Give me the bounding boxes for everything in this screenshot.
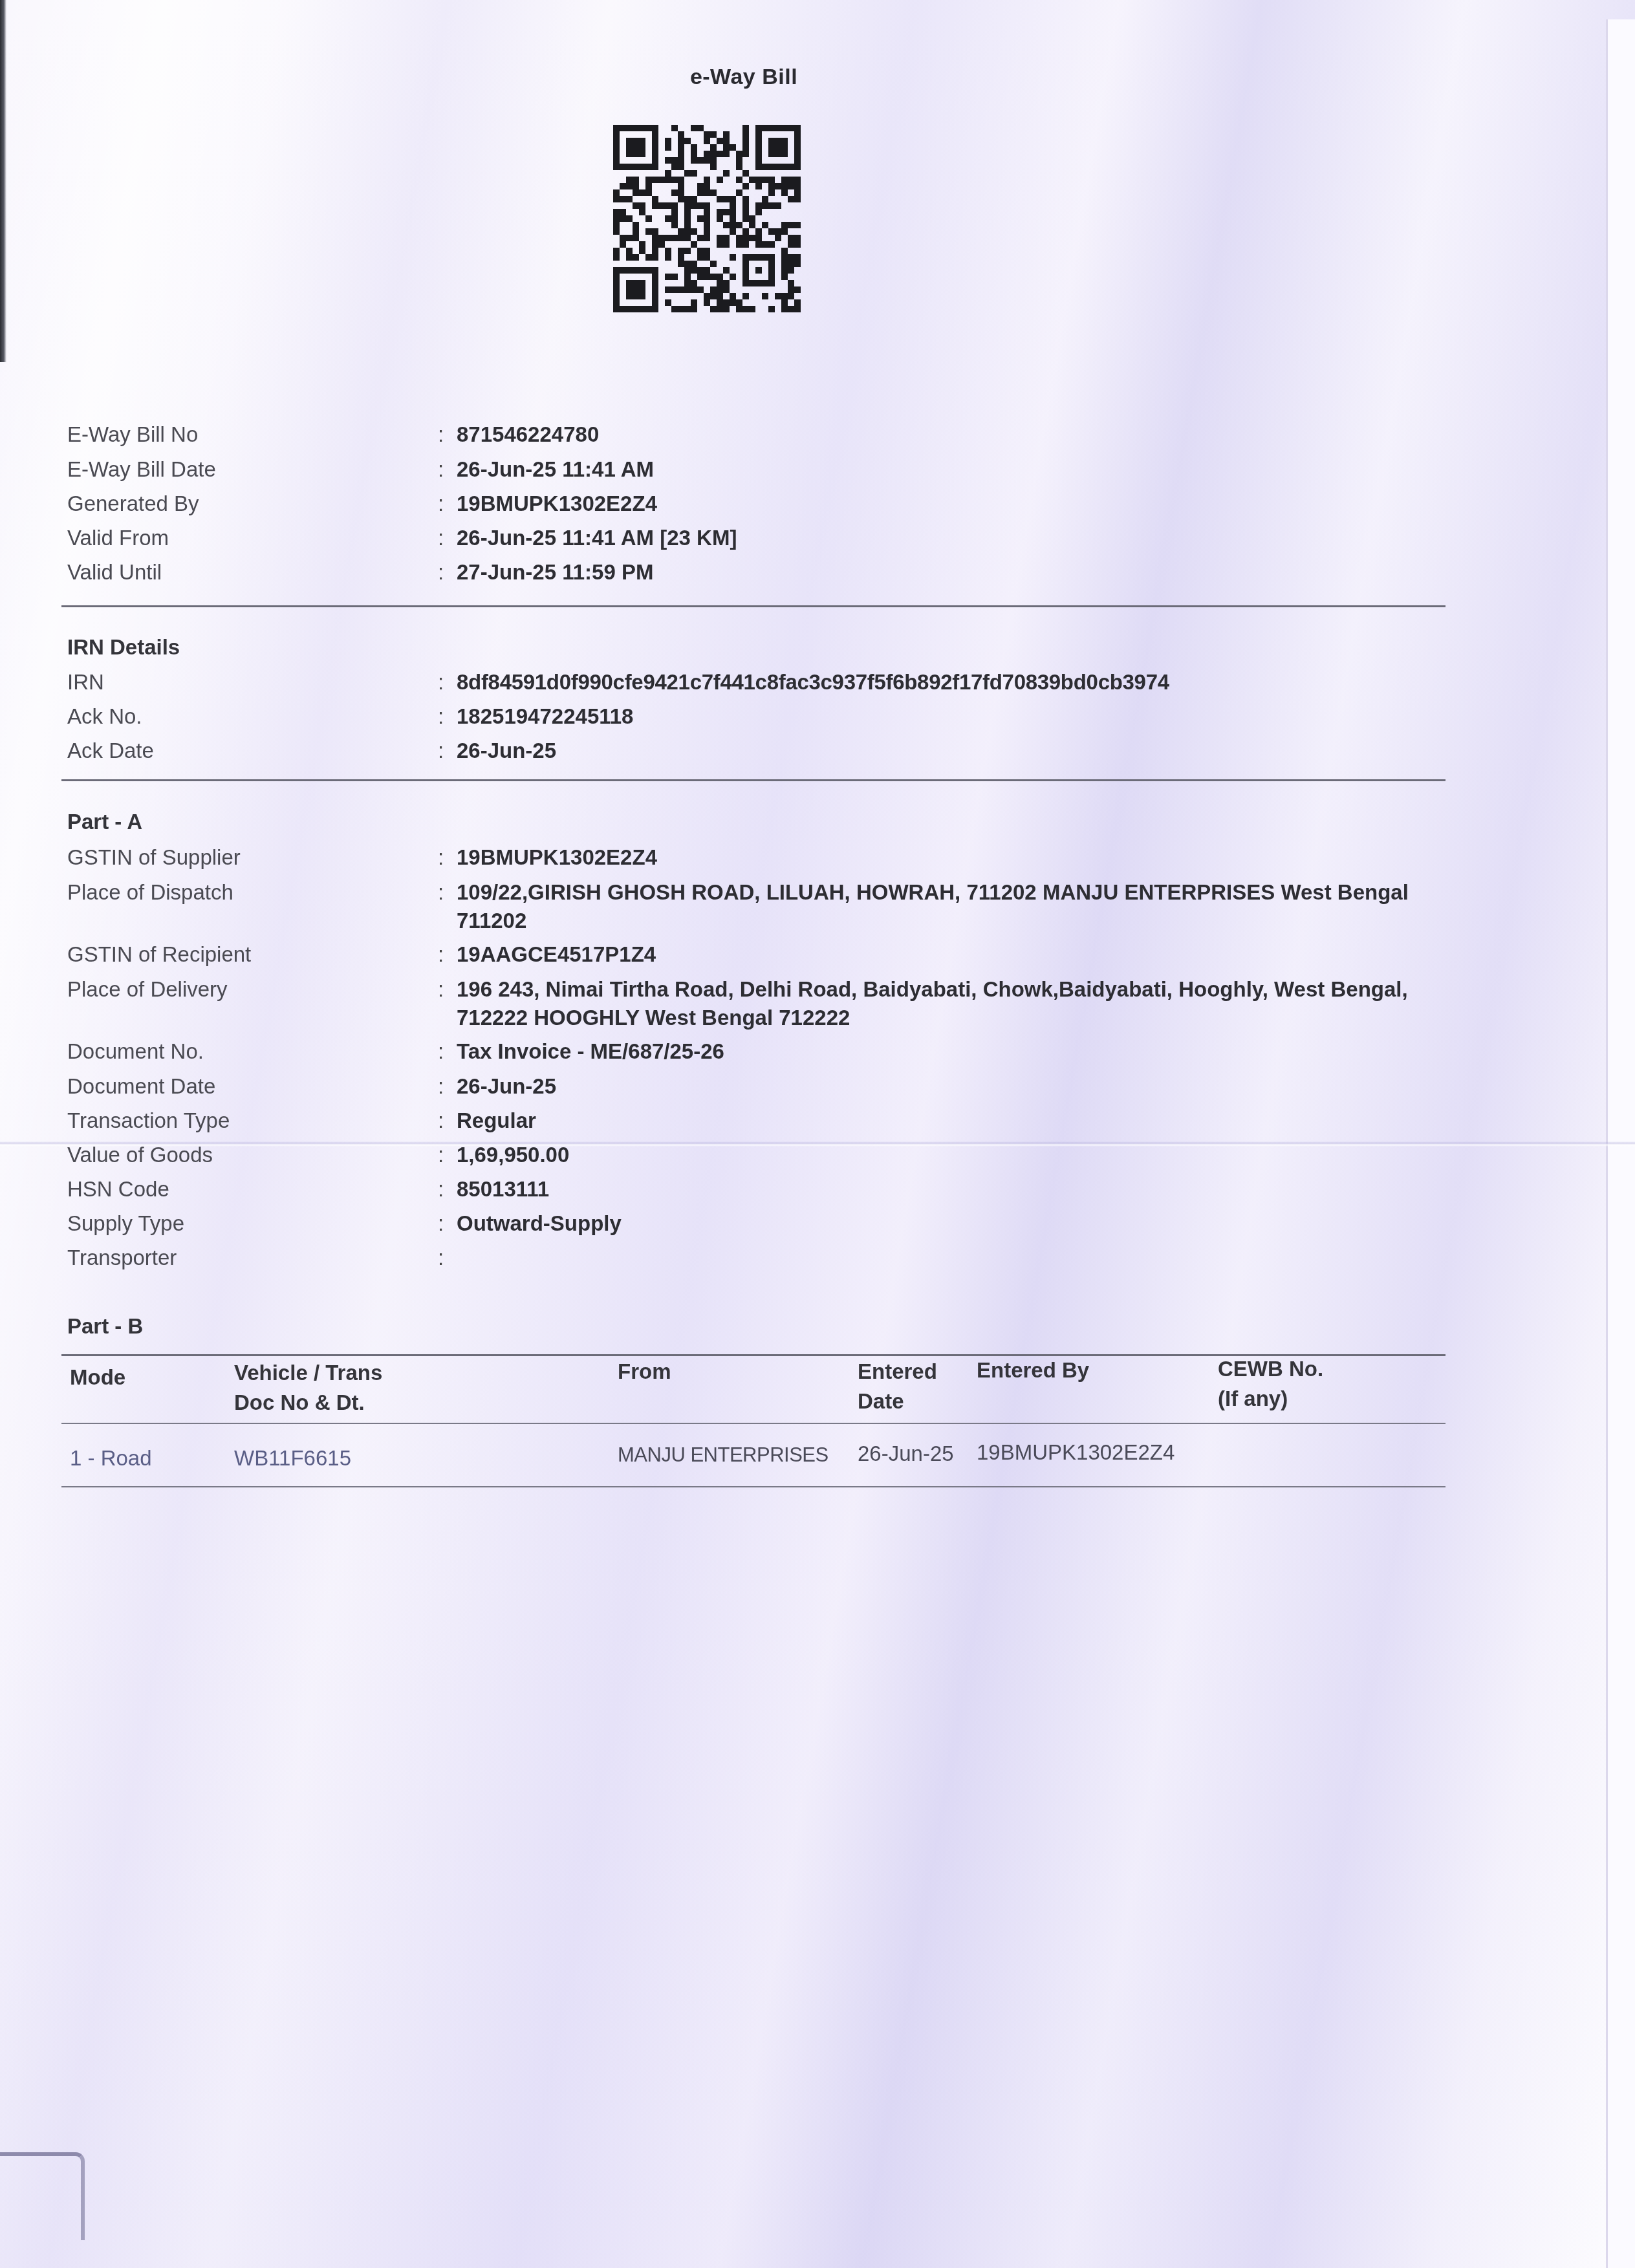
paper-corner-fold [0,2152,85,2240]
field-label: Transaction Type [67,1108,230,1134]
table-header-rule [61,1423,1446,1424]
field-label: Ack No. [67,704,142,729]
ack-date-row: Ack Date : 26-Jun-25 [0,738,1488,770]
column-header-mode: Mode [70,1363,125,1392]
field-value: Regular [457,1105,1427,1136]
part-b-heading: Part - B [67,1314,143,1339]
field-value: 19BMUPK1302E2Z4 [457,488,1427,519]
field-label: IRN [67,669,104,695]
cell-entered-date: 26-Jun-25 [858,1441,954,1467]
separator: : [438,942,444,967]
field-label: Supply Type [67,1211,184,1237]
part-a-heading: Part - A [67,810,142,834]
summary-row-valid-until: Valid Until : 27-Jun-25 11:59 PM [0,559,1488,592]
place-of-delivery-row: Place of Delivery : 196 243, Nimai Tirth… [0,977,1488,1041]
column-header-line: (If any) [1218,1384,1323,1414]
supply-type-row: Supply Type : Outward-Supply [0,1211,1488,1243]
cell-mode: 1 - Road [70,1445,152,1471]
separator: : [438,738,444,764]
field-value: 8df84591d0f990cfe9421c7f441c8fac3c937f5f… [457,667,1427,698]
field-value: 1,69,950.00 [457,1139,1427,1171]
section-divider [61,779,1446,781]
field-value: 196 243, Nimai Tirtha Road, Delhi Road, … [457,975,1427,1032]
field-value: 85013111 [457,1174,1427,1205]
field-value: 109/22,GIRISH GHOSH ROAD, LILUAH, HOWRAH… [457,878,1427,935]
separator: : [438,1039,444,1064]
document-title: e-Way Bill [0,65,1488,90]
column-header-vehicle: Vehicle / Trans Doc No & Dt. [234,1358,382,1418]
field-value: Tax Invoice - ME/687/25-26 [457,1036,1427,1067]
column-header-cewb-no: CEWB No. (If any) [1218,1354,1323,1414]
separator: : [438,1211,444,1237]
separator: : [438,1108,444,1134]
separator: : [438,704,444,729]
separator: : [438,525,444,551]
value-of-goods-row: Value of Goods : 1,69,950.00 [0,1142,1488,1174]
column-header-line: From [618,1357,671,1387]
separator: : [438,1074,444,1099]
separator: : [438,880,444,905]
table-bottom-rule [61,1486,1446,1487]
separator: : [438,977,444,1002]
field-value: 26-Jun-25 11:41 AM [23 KM] [457,523,1427,554]
ack-no-row: Ack No. : 182519472245118 [0,704,1488,736]
gstin-recipient-row: GSTIN of Recipient : 19AAGCE4517P1Z4 [0,942,1488,974]
separator: : [438,669,444,695]
cell-vehicle: WB11F6615 [234,1445,351,1471]
gstin-supplier-row: GSTIN of Supplier : 19BMUPK1302E2Z4 [0,845,1488,877]
field-value: 27-Jun-25 11:59 PM [457,557,1427,588]
field-value: 182519472245118 [457,701,1427,732]
field-label: Ack Date [67,738,154,764]
qr-code-icon [613,125,801,312]
field-label: Generated By [67,491,199,517]
column-header-line: Mode [70,1363,125,1392]
column-header-entered-date: Entered Date [858,1357,937,1416]
column-header-line: Vehicle / Trans [234,1358,382,1388]
field-label: GSTIN of Recipient [67,942,251,967]
document-date-row: Document Date : 26-Jun-25 [0,1074,1488,1106]
separator: : [438,422,444,448]
column-header-line: Entered By [977,1355,1089,1385]
field-value: 19BMUPK1302E2Z4 [457,842,1427,873]
field-value: 871546224780 [457,419,1427,450]
separator: : [438,1176,444,1202]
field-label: Document No. [67,1039,204,1064]
summary-row-eway-bill-no: E-Way Bill No : 871546224780 [0,422,1488,454]
cell-from: MANJU ENTERPRISES [618,1442,828,1468]
column-header-line: Date [858,1387,937,1416]
field-label: Transporter [67,1245,177,1271]
field-label: Valid From [67,525,169,551]
separator: : [438,491,444,517]
summary-row-generated-by: Generated By : 19BMUPK1302E2Z4 [0,491,1488,523]
field-label: Document Date [67,1074,215,1099]
place-of-dispatch-row: Place of Dispatch : 109/22,GIRISH GHOSH … [0,880,1488,944]
transporter-row: Transporter : [0,1245,1488,1277]
column-header-line: Doc No & Dt. [234,1388,382,1418]
field-label: Place of Delivery [67,977,228,1002]
separator: : [438,1245,444,1271]
cell-entered-by: 19BMUPK1302E2Z4 [977,1440,1175,1465]
column-header-entered-by: Entered By [977,1355,1089,1385]
separator: : [438,845,444,870]
field-value: 26-Jun-25 [457,1071,1427,1102]
field-value: 26-Jun-25 [457,735,1427,766]
field-label: HSN Code [67,1176,169,1202]
separator: : [438,559,444,585]
field-label: E-Way Bill Date [67,457,216,482]
transaction-type-row: Transaction Type : Regular [0,1108,1488,1140]
separator: : [438,1142,444,1168]
summary-row-eway-bill-date: E-Way Bill Date : 26-Jun-25 11:41 AM [0,457,1488,489]
field-label: Value of Goods [67,1142,213,1168]
separator: : [438,457,444,482]
column-header-line: Entered [858,1357,937,1387]
field-value: Outward-Supply [457,1208,1427,1239]
document-no-row: Document No. : Tax Invoice - ME/687/25-2… [0,1039,1488,1071]
irn-details-heading: IRN Details [67,635,180,660]
field-label: Place of Dispatch [67,880,233,905]
hsn-code-row: HSN Code : 85013111 [0,1176,1488,1209]
column-header-line: CEWB No. [1218,1354,1323,1384]
column-header-from: From [618,1357,671,1387]
irn-row: IRN : 8df84591d0f990cfe9421c7f441c8fac3c… [0,669,1488,702]
field-label: E-Way Bill No [67,422,198,448]
field-label: GSTIN of Supplier [67,845,241,870]
field-label: Valid Until [67,559,162,585]
scan-left-edge [0,0,6,362]
section-divider [61,605,1446,607]
summary-row-valid-from: Valid From : 26-Jun-25 11:41 AM [23 KM] [0,525,1488,557]
field-value: 26-Jun-25 11:41 AM [457,454,1427,485]
field-value: 19AAGCE4517P1Z4 [457,939,1427,970]
